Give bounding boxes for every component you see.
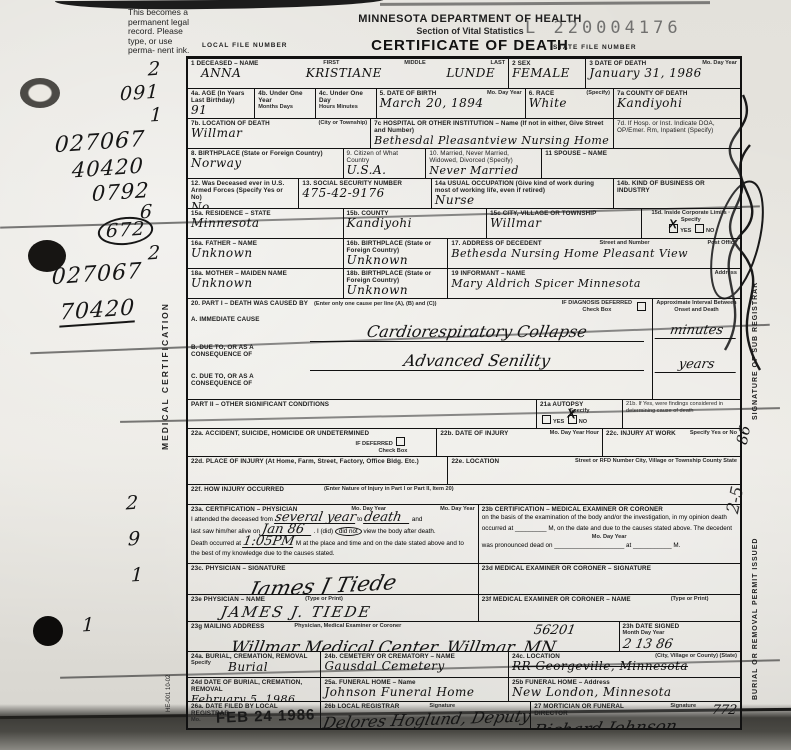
field-sublabel: (Enter Nature of Injury in Part I or Par… (324, 486, 454, 493)
field-label: 22d. PLACE OF INJURY (At Home, Farm, Str… (191, 458, 444, 465)
part1-label: 20. PART I – DEATH WAS CAUSED BY (188, 299, 311, 314)
value-last-name: LUNDE (446, 67, 495, 80)
field-residence-county: 15b. COUNTY Kandiyohi (343, 209, 487, 238)
field-label: 7c HOSPITAL OR OTHER INSTITUTION – Name … (374, 120, 610, 134)
field-marital-status: 10. Married, Never Married, Widowed, Div… (425, 149, 541, 178)
field-label: 16b. BIRTHPLACE (State or Foreign Countr… (347, 240, 445, 254)
scan-smear (55, 0, 385, 10)
field-citizen-of: 9. Citizen of What Country U.S.A. (343, 149, 426, 178)
field-label: 22b. DATE OF INJURY (440, 430, 508, 437)
burial-permit-vertical-label: BURIAL OR REMOVAL PERMIT ISSUED (752, 538, 759, 700)
value-hospital: Bethesdal Pleasantview Nursing Home (374, 134, 610, 147)
field-mother-birthplace: 18b. BIRTHPLACE (State or Foreign Countr… (343, 269, 448, 298)
field-label: 24a. BURIAL, CREMATION, REMOVAL (191, 653, 308, 660)
value-birthplace: Norway (191, 157, 340, 170)
interval-column: Approximate Interval Between Onset and D… (652, 299, 740, 399)
value-date-signed: 2 13 86 (621, 637, 738, 652)
field-sublabel: Specify Yes or No (690, 430, 737, 437)
field-label: 17. ADDRESS OF DECEDENT (451, 240, 541, 247)
field-label: 23f MEDICAL EXAMINER OR CORONER – NAME (482, 596, 631, 603)
scan-smear (380, 1, 710, 6)
cert-text: . I (did) (313, 528, 333, 535)
value-father-birthplace: Unknown (347, 254, 445, 267)
field-kind-of-business: 14b. KIND OF BUSINESS OR INDUSTRY (613, 179, 740, 208)
value-citizen-of: U.S.A. (347, 164, 423, 177)
field-label: 18b. BIRTHPLACE (State or Foreign Countr… (347, 270, 445, 284)
field-label: 21b. If Yes, were findings considered in… (626, 401, 737, 414)
value-informant: Mary Aldrich Spicer Minnesota (451, 277, 737, 290)
value-armed-forces: No (191, 201, 295, 208)
value-middle-name: KRISTIANE (306, 67, 382, 80)
field-certification-physician: 23a. CERTIFICATION – PHYSICIAN Mo. Day Y… (188, 505, 478, 563)
field-label: 14b. KIND OF BUSINESS OR INDUSTRY (617, 180, 737, 194)
field-sublabel: Physician, Medical Examiner or Coroner (294, 623, 401, 638)
field-sublabel: (City or Township) (318, 120, 367, 127)
value-sex: FEMALE (512, 67, 582, 80)
field-funeral-home: 25a. FUNERAL HOME – Name Johnson Funeral… (320, 678, 508, 701)
value-burial: Burial (228, 661, 268, 674)
field-label: 19 INFORMANT – NAME (451, 270, 525, 277)
value-residence-city: Willmar (490, 217, 638, 230)
field-coroner-signature: 23d MEDICAL EXAMINER OR CORONER – SIGNAT… (478, 564, 740, 594)
value-residence-state: Minnesota (191, 217, 340, 230)
cause-b-interval: years (655, 357, 739, 373)
value-age: 91 (191, 104, 251, 117)
cert-text: was pronounced dead on _________________… (482, 541, 737, 552)
hand-zip-code: 56201 (533, 623, 577, 638)
value-date-of-death: January 31, 1986 (589, 67, 737, 80)
field-date-signed: 23h DATE SIGNED Month Day Year 2 13 86 (619, 622, 740, 651)
field-label: 7d. If Hosp. or Inst. Indicate DOA, OP/E… (617, 120, 737, 134)
field-label: 9. Citizen of What Country (347, 150, 423, 164)
cause-a-label: A. IMMEDIATE CAUSE (188, 314, 302, 342)
field-sublabel: Month Day Year (623, 630, 737, 637)
field-doa-inpatient: 7d. If Hosp. or Inst. Indicate DOA, OP/E… (613, 119, 740, 148)
value-county-of-death: Kandiyohi (617, 97, 737, 110)
field-birthplace: 8. BIRTHPLACE (State or Foreign Country)… (188, 149, 343, 178)
field-autopsy-findings: 21b. If Yes, were findings considered in… (622, 400, 740, 428)
margin-number: 2 (126, 492, 140, 515)
margin-number: 027067 (51, 259, 142, 290)
field-label: 22c. INJURY AT WORK (606, 430, 676, 437)
mdy-label: Mo. Day Year (440, 506, 475, 513)
field-deceased-name: 1 DECEASED – NAME FIRST MIDDLE LAST ANNA… (188, 59, 508, 88)
field-cemetery-location: 24c. LOCATION (City, Village or County) … (508, 652, 740, 677)
yes-checkbox: X (669, 224, 678, 233)
value-ssn: 475-42-9176 (302, 187, 427, 200)
field-sublabel: Mo. Day Year Hour (550, 430, 599, 437)
field-label: 27 MORTICIAN OR FUNERAL DIRECTOR (534, 703, 654, 718)
field-how-injury-occurred: 22f. HOW INJURY OCCURRED (Enter Nature o… (188, 485, 740, 504)
cause-a-interval: minutes (655, 323, 739, 339)
value-cemetery-name: Gausdal Cemetery (324, 660, 505, 673)
autopsy-no-label: NO (579, 419, 587, 425)
field-date-of-injury: 22b. DATE OF INJURY Mo. Day Year Hour (436, 429, 602, 456)
value-date-of-birth: March 20, 1894 (380, 97, 522, 110)
medical-certification-vertical-label: MEDICAL CERTIFICATION (160, 302, 170, 450)
field-burial-cremation: 24a. BURIAL, CREMATION, REMOVAL Specify … (188, 652, 320, 677)
no-label: NO (706, 228, 714, 234)
value-date-of-burial: February 5, 1986 (191, 693, 317, 701)
field-race: 6. RACE (Specify) White (525, 89, 613, 118)
field-county-of-death: 7a COUNTY OF DEATH Kandiyohi (613, 89, 740, 118)
margin-number: 1 (82, 614, 96, 637)
cert-text: I attended the deceased from (191, 516, 273, 523)
field-local-registrar: 26b LOCAL REGISTRAR Signature Delores Ho… (320, 702, 530, 728)
field-sublabel: (Type or Print) (305, 596, 343, 603)
field-label: 24d DATE OF BURIAL, CREMATION, REMOVAL (191, 679, 317, 693)
field-sublabel: Months Days (258, 104, 312, 111)
field-mailing-address: 23g MAILING ADDRESS Physician, Medical E… (188, 622, 619, 651)
field-usual-occupation: 14a USUAL OCCUPATION (Give kind of work … (431, 179, 613, 208)
hand-time-of-death: 1:05PM (242, 537, 295, 548)
field-under-one-year: 4b. Under One Year Months Days (254, 89, 315, 118)
field-date-of-birth: 5. DATE OF BIRTH Mo. Day Year March 20, … (376, 89, 525, 118)
field-father-birthplace: 16b. BIRTHPLACE (State or Foreign Countr… (343, 239, 448, 268)
field-date-of-burial: 24d DATE OF BURIAL, CREMATION, REMOVAL F… (188, 678, 320, 701)
field-physician-signature: 23c. PHYSICIAN – SIGNATURE James J Tiede (188, 564, 478, 594)
cert-text: to (357, 516, 362, 523)
field-label: 22a. ACCIDENT, SUICIDE, HOMICIDE OR UNDE… (191, 430, 433, 437)
deferred-checkbox (396, 437, 405, 446)
field-label: 4a. AGE (In Years Last Birthday) (191, 90, 251, 104)
field-funeral-home-address: 25b FUNERAL HOME – Address New London, M… (508, 678, 740, 701)
value-funeral-home: Johnson Funeral Home (324, 686, 505, 699)
diagnosis-deferred-label: IF DIAGNOSIS DEFERREDCheck Box (559, 299, 635, 314)
col-head-middle: MIDDLE (404, 60, 425, 67)
autopsy-yes-checkbox (542, 415, 551, 424)
field-coroner-name: 23f MEDICAL EXAMINER OR CORONER – NAME (… (478, 595, 740, 621)
value-address-of-decedent: Bethesda Nursing Home Pleasant View (451, 247, 737, 260)
field-physician-name: 23e PHYSICIAN – NAME (Type or Print) JAM… (188, 595, 478, 621)
interval-label: Approximate Interval Between Onset and D… (656, 300, 737, 313)
cert-text: M at the place and time and on the date … (296, 540, 464, 547)
part2-other-conditions: PART II – OTHER SIGNIFICANT CONDITIONS (188, 400, 536, 428)
field-sex: 2 SEX FEMALE (508, 59, 585, 88)
field-place-of-injury: 22d. PLACE OF INJURY (At Home, Farm, Str… (188, 457, 447, 484)
value-funeral-home-address: New London, Minnesota (512, 686, 737, 699)
value-mailing-address: Willmar Medical Center, Willmar, MN (229, 638, 617, 651)
field-age: 4a. AGE (In Years Last Birthday) 91 (188, 89, 254, 118)
state-file-number-label: STATE FILE NUMBER (553, 44, 637, 51)
field-sublabel: Street and Number (600, 240, 650, 247)
value-marital-status: Never Married (429, 164, 538, 177)
field-date-of-death: 3 DATE OF DEATH Mo. Day Year January 31,… (585, 59, 740, 88)
value-physician-name: JAMES J. TIEDE (219, 603, 476, 621)
part2-label: PART II – OTHER SIGNIFICANT CONDITIONS (191, 401, 533, 408)
field-date-filed: 26a. DATE FILED BY LOCAL REGISTRAR Mo. F… (188, 702, 320, 728)
margin-number: 1 (150, 104, 164, 127)
field-label: 22e. LOCATION (451, 458, 499, 465)
field-father-name: 16a. FATHER – NAME Unknown (188, 239, 343, 268)
date-filed-stamp: FEB 24 1986 (216, 706, 316, 726)
field-residence-city: 15c CITY, VILLAGE OR TOWNSHIP Willmar (486, 209, 641, 238)
field-armed-forces: 12. Was Deceased ever in U.S. Armed Forc… (188, 179, 298, 208)
field-spouse-name: 11 SPOUSE – NAME (541, 149, 740, 178)
yes-label: YES (680, 228, 691, 234)
permanent-record-note: This becomes a permanent legal record. P… (128, 8, 198, 56)
cert-text: on the basis of the examination of the b… (482, 513, 737, 524)
field-sublabel: Post Office (707, 240, 737, 247)
value-mother-birthplace: Unknown (347, 284, 445, 297)
part1-death-caused-by: 20. PART I – DEATH WAS CAUSED BY (Enter … (188, 299, 740, 400)
field-label: 10. Married, Never Married, Widowed, Div… (429, 150, 538, 164)
field-mortician: 27 MORTICIAN OR FUNERAL DIRECTOR Signatu… (530, 702, 740, 728)
field-mother-name: 18a. MOTHER – MAIDEN NAME Unknown (188, 269, 343, 298)
field-residence-state: 15a. RESIDENCE – STATE Minnesota (188, 209, 343, 238)
state-file-number-stamp: L 220004176 (525, 18, 682, 38)
part1-sublabel: (Enter only one cause per line (A), (B) … (311, 299, 439, 314)
field-label: 14a USUAL OCCUPATION (Give kind of work … (435, 180, 610, 194)
field-label: 21a AUTOPSY (540, 401, 619, 408)
cert-text: occurred at _________ M, on the date and… (482, 524, 737, 535)
field-label: 23h DATE SIGNED (623, 623, 737, 630)
field-label: 23e PHYSICIAN – NAME (191, 596, 265, 603)
cause-c-label: C. DUE TO, OR AS A CONSEQUENCE OF (188, 371, 302, 399)
field-label: 22f. HOW INJURY OCCURRED (191, 486, 284, 493)
field-label: 26b LOCAL REGISTRAR (324, 703, 399, 710)
margin-number: 2 (148, 58, 162, 81)
margin-number: 9 (128, 528, 142, 551)
scanned-death-certificate: This becomes a permanent legal record. P… (0, 0, 791, 750)
value-residence-county: Kandiyohi (347, 217, 484, 230)
value-usual-occupation: Nurse (435, 194, 610, 207)
if-deferred-label: IF DEFERRED Check Box (191, 437, 433, 454)
certificate-form: 1 DECEASED – NAME FIRST MIDDLE LAST ANNA… (186, 56, 742, 730)
field-injury-at-work: 22c. INJURY AT WORK Specify Yes or No (602, 429, 740, 456)
cause-a-value: Cardiorespiratory Collapse (308, 322, 645, 341)
cert-text: the best of my knowledge due to the caus… (191, 550, 335, 557)
margin-number: 091 (120, 81, 160, 106)
field-label: 23d MEDICAL EXAMINER OR CORONER – SIGNAT… (482, 565, 737, 572)
value-first-name: ANNA (201, 67, 241, 80)
field-certification-coroner: 23b CERTIFICATION – MEDICAL EXAMINER OR … (478, 505, 740, 563)
field-location-of-death: 7b. LOCATION OF DEATH (City or Township)… (188, 119, 370, 148)
field-ssn: 13. SOCIAL SECURITY NUMBER 475-42-9176 (298, 179, 430, 208)
autopsy-yes-label: YES (553, 419, 564, 425)
field-sublabel: Hours Minutes (319, 104, 373, 111)
form-code: HE-001 10-02 (166, 675, 172, 712)
field-label: 12. Was Deceased ever in U.S. Armed Forc… (191, 180, 295, 201)
field-label: 23g MAILING ADDRESS (191, 623, 264, 638)
field-under-one-day: 4c. Under One Day Hours Minutes (315, 89, 376, 118)
field-sublabel: (Type or Print) (671, 596, 709, 603)
field-sublabel: Street or RFD Number City, Village or To… (575, 458, 737, 465)
field-sublabel: (Specify) (586, 90, 610, 97)
cert-text: Death occurred at (191, 540, 241, 547)
value-mother-name: Unknown (191, 277, 340, 290)
diagnosis-deferred-checkbox (637, 302, 646, 311)
field-sublabel: Mo. Day Year (702, 60, 737, 67)
field-autopsy: 21a AUTOPSY Specify YES XNO (536, 400, 622, 428)
value-father-name: Unknown (191, 247, 340, 260)
value-cemetery-location: RR Georgeville, Minnesota (512, 660, 737, 673)
local-file-number-label: LOCAL FILE NUMBER (202, 42, 288, 49)
margin-number: 1 (131, 564, 145, 587)
field-label: 15d. Inside Corporate Limits · Specify (645, 210, 737, 223)
field-label: 4b. Under One Year (258, 90, 312, 104)
no-checkbox (695, 224, 704, 233)
did-not-circled: did not (335, 527, 362, 536)
field-label: 23b CERTIFICATION – MEDICAL EXAMINER OR … (482, 506, 737, 513)
autopsy-no-checkbox: X (568, 415, 577, 424)
field-sublabel: Mo. Day Year (487, 90, 522, 97)
field-informant: 19 INFORMANT – NAME Address Mary Aldrich… (447, 269, 740, 298)
field-label: 4c. Under One Day (319, 90, 373, 104)
margin-number-circled: 672 (97, 215, 154, 247)
field-address-of-decedent: 17. ADDRESS OF DECEDENT Street and Numbe… (447, 239, 740, 268)
margin-number: 2 (148, 242, 162, 265)
field-cemetery-name: 24b. CEMETERY OR CREMATORY – NAME Gausda… (320, 652, 508, 677)
hand-to-date: death (363, 513, 411, 524)
field-inside-corporate-limits: 15d. Inside Corporate Limits · Specify X… (641, 209, 740, 238)
field-accident-suicide: 22a. ACCIDENT, SUICIDE, HOMICIDE OR UNDE… (188, 429, 436, 456)
value-location-of-death: Willmar (191, 127, 367, 140)
cert-text: view the body after death. (363, 528, 435, 535)
field-label: 11 SPOUSE – NAME (545, 150, 737, 157)
cert-text: and (412, 516, 423, 523)
field-sublabel: Address (715, 270, 737, 277)
cause-b-label: B. DUE TO, OR AS A CONSEQUENCE OF (188, 342, 302, 370)
margin-number: 70420 (59, 295, 135, 327)
value-race: White (529, 97, 610, 110)
hole-punch (20, 78, 60, 108)
field-injury-location: 22e. LOCATION Street or RFD Number City,… (447, 457, 740, 484)
hole-punch (33, 616, 63, 646)
field-hospital: 7c HOSPITAL OR OTHER INSTITUTION – Name … (370, 119, 613, 148)
cause-b-value: Advanced Senility (308, 351, 645, 370)
